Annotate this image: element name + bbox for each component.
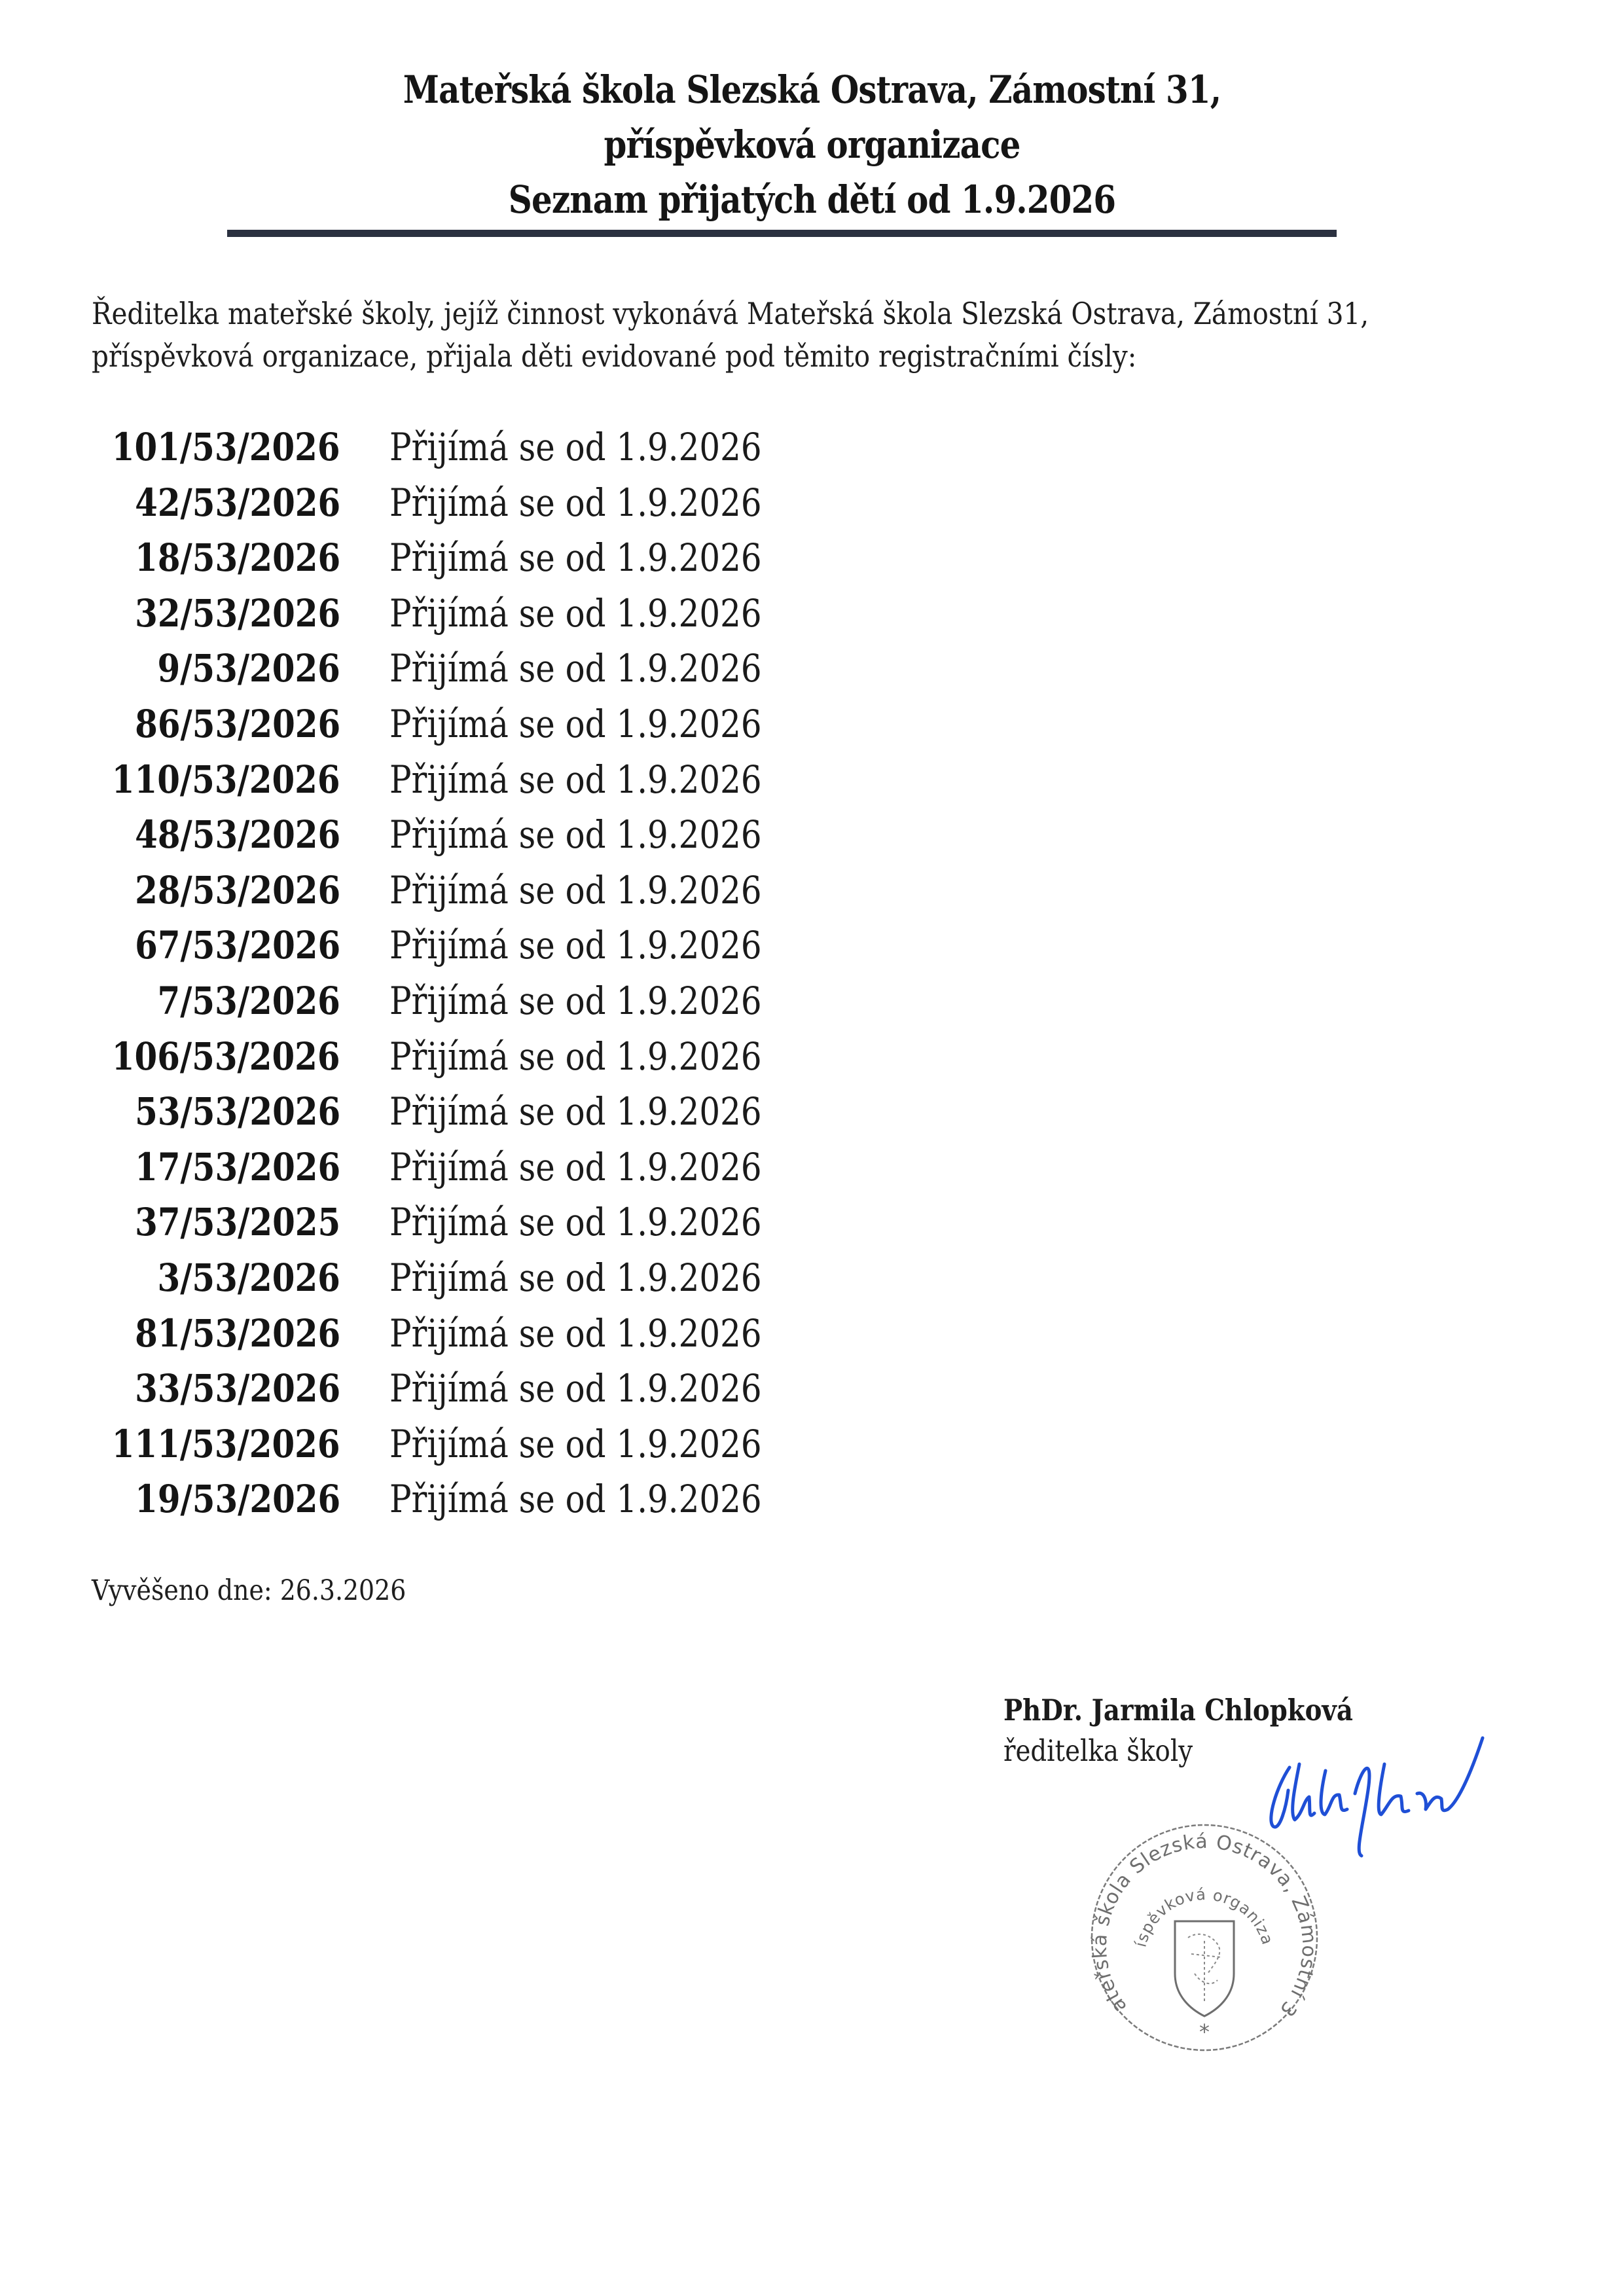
admission-status: Přijímá se od 1.9.2026 bbox=[389, 641, 762, 696]
admission-status: Přijímá se od 1.9.2026 bbox=[389, 1472, 762, 1527]
coat-of-arms-icon bbox=[1175, 1921, 1234, 2016]
admission-row: 106/53/2026Přijímá se od 1.9.2026 bbox=[0, 1029, 851, 1084]
admission-status: Přijímá se od 1.9.2026 bbox=[389, 752, 762, 807]
registration-number-text: 110/53/2026 bbox=[112, 752, 340, 807]
registration-number-text: 18/53/2026 bbox=[135, 530, 340, 585]
registration-number: 86/53/2026 bbox=[0, 696, 340, 751]
registration-number-text: 9/53/2026 bbox=[158, 641, 340, 696]
admission-status: Přijímá se od 1.9.2026 bbox=[389, 863, 762, 918]
intro-line: Ředitelka mateřské školy, jejíž činnost … bbox=[92, 293, 1330, 335]
admission-row: 101/53/2026Přijímá se od 1.9.2026 bbox=[0, 420, 851, 475]
admission-row: 81/53/2026Přijímá se od 1.9.2026 bbox=[0, 1306, 851, 1361]
header-divider bbox=[227, 230, 1337, 237]
registration-number: 48/53/2026 bbox=[0, 807, 340, 862]
registration-number-text: 81/53/2026 bbox=[135, 1306, 340, 1361]
admission-status: Přijímá se od 1.9.2026 bbox=[389, 1195, 762, 1250]
admission-row: 86/53/2026Přijímá se od 1.9.2026 bbox=[0, 696, 851, 751]
admission-row: 67/53/2026Přijímá se od 1.9.2026 bbox=[0, 918, 851, 973]
registration-number: 42/53/2026 bbox=[0, 475, 340, 530]
admission-row: 17/53/2026Přijímá se od 1.9.2026 bbox=[0, 1140, 851, 1195]
registration-number: 67/53/2026 bbox=[0, 918, 340, 973]
stamp-outer-text: Mateřská škola Slezská Ostrava, Zámostní… bbox=[1083, 1816, 1321, 2021]
admission-status: Přijímá se od 1.9.2026 bbox=[389, 1084, 762, 1139]
admission-status: Přijímá se od 1.9.2026 bbox=[389, 918, 762, 973]
registration-number-text: 7/53/2026 bbox=[158, 973, 340, 1028]
registration-number-text: 32/53/2026 bbox=[135, 586, 340, 641]
admission-row: 111/53/2026Přijímá se od 1.9.2026 bbox=[0, 1417, 851, 1472]
admission-status: Přijímá se od 1.9.2026 bbox=[389, 1306, 762, 1361]
admission-status: Přijímá se od 1.9.2026 bbox=[389, 1140, 762, 1195]
registration-number: 18/53/2026 bbox=[0, 530, 340, 585]
admission-status: Přijímá se od 1.9.2026 bbox=[389, 807, 762, 862]
registration-number-text: 19/53/2026 bbox=[135, 1472, 340, 1527]
registration-number: 19/53/2026 bbox=[0, 1472, 340, 1527]
intro-paragraph: Ředitelka mateřské školy, jejíž činnost … bbox=[92, 293, 1330, 378]
signatory-name: PhDr. Jarmila Chlopková bbox=[1003, 1691, 1353, 1730]
document-header: Mateřská škola Slezská Ostrava, Zámostní… bbox=[0, 62, 1624, 227]
registration-number: 111/53/2026 bbox=[0, 1417, 340, 1472]
admission-status: Přijímá se od 1.9.2026 bbox=[389, 475, 762, 530]
admission-status: Přijímá se od 1.9.2026 bbox=[389, 973, 762, 1028]
registration-number: 3/53/2026 bbox=[0, 1250, 340, 1305]
registration-number: 17/53/2026 bbox=[0, 1140, 340, 1195]
admission-status: Přijímá se od 1.9.2026 bbox=[389, 420, 762, 475]
registration-number: 106/53/2026 bbox=[0, 1029, 340, 1084]
registration-number-text: 28/53/2026 bbox=[135, 863, 340, 918]
svg-text:Mateřská škola Slezská Ostrava: Mateřská škola Slezská Ostrava, Zámostní… bbox=[1083, 1816, 1321, 2021]
registration-number-text: 33/53/2026 bbox=[135, 1361, 340, 1416]
admission-status: Přijímá se od 1.9.2026 bbox=[389, 1417, 762, 1472]
school-name-title: Mateřská škola Slezská Ostrava, Zámostní… bbox=[114, 62, 1511, 117]
registration-number: 110/53/2026 bbox=[0, 752, 340, 807]
admission-row: 3/53/2026Přijímá se od 1.9.2026 bbox=[0, 1250, 851, 1305]
posted-date: Vyvěšeno dne: 26.3.2026 bbox=[92, 1571, 406, 1610]
admission-status: Přijímá se od 1.9.2026 bbox=[389, 1250, 762, 1305]
registration-number: 7/53/2026 bbox=[0, 973, 340, 1028]
registration-number: 28/53/2026 bbox=[0, 863, 340, 918]
admission-row: 19/53/2026Přijímá se od 1.9.2026 bbox=[0, 1472, 851, 1527]
registration-number-text: 86/53/2026 bbox=[135, 696, 340, 751]
stamp-star-icon: * bbox=[1199, 2019, 1210, 2044]
registration-number-text: 67/53/2026 bbox=[135, 918, 340, 973]
admission-status: Přijímá se od 1.9.2026 bbox=[389, 1029, 762, 1084]
registration-number-text: 42/53/2026 bbox=[135, 475, 340, 530]
official-stamp: Mateřská škola Slezská Ostrava, Zámostní… bbox=[1083, 1816, 1326, 2059]
registration-number-text: 17/53/2026 bbox=[135, 1140, 340, 1195]
admission-row: 42/53/2026Přijímá se od 1.9.2026 bbox=[0, 475, 851, 530]
registration-number-text: 111/53/2026 bbox=[112, 1417, 340, 1472]
admission-row: 37/53/2025Přijímá se od 1.9.2026 bbox=[0, 1195, 851, 1250]
admission-status: Přijímá se od 1.9.2026 bbox=[389, 586, 762, 641]
registration-number-text: 106/53/2026 bbox=[112, 1029, 340, 1084]
registration-number-text: 101/53/2026 bbox=[112, 420, 340, 475]
registration-number: 9/53/2026 bbox=[0, 641, 340, 696]
registration-number: 53/53/2026 bbox=[0, 1084, 340, 1139]
registration-number: 37/53/2025 bbox=[0, 1195, 340, 1250]
list-title: Seznam přijatých dětí od 1.9.2026 bbox=[114, 172, 1511, 227]
admission-status: Přijímá se od 1.9.2026 bbox=[389, 530, 762, 585]
registration-number: 101/53/2026 bbox=[0, 420, 340, 475]
admission-status: Přijímá se od 1.9.2026 bbox=[389, 696, 762, 751]
admission-status: Přijímá se od 1.9.2026 bbox=[389, 1361, 762, 1416]
registration-number-text: 48/53/2026 bbox=[135, 807, 340, 862]
admission-row: 33/53/2026Přijímá se od 1.9.2026 bbox=[0, 1361, 851, 1416]
registration-number-text: 53/53/2026 bbox=[135, 1084, 340, 1139]
registration-number: 33/53/2026 bbox=[0, 1361, 340, 1416]
admission-row: 18/53/2026Přijímá se od 1.9.2026 bbox=[0, 530, 851, 585]
admission-row: 9/53/2026Přijímá se od 1.9.2026 bbox=[0, 641, 851, 696]
organization-type-title: příspěvková organizace bbox=[114, 117, 1511, 172]
intro-line: příspěvková organizace, přijala děti evi… bbox=[92, 335, 1330, 378]
admission-row: 110/53/2026Přijímá se od 1.9.2026 bbox=[0, 752, 851, 807]
admission-row: 28/53/2026Přijímá se od 1.9.2026 bbox=[0, 863, 851, 918]
admission-row: 7/53/2026Přijímá se od 1.9.2026 bbox=[0, 973, 851, 1028]
registration-number-text: 37/53/2025 bbox=[135, 1195, 340, 1250]
registration-number-text: 3/53/2026 bbox=[158, 1250, 340, 1305]
admission-row: 53/53/2026Přijímá se od 1.9.2026 bbox=[0, 1084, 851, 1139]
registration-number: 81/53/2026 bbox=[0, 1306, 340, 1361]
admission-row: 48/53/2026Přijímá se od 1.9.2026 bbox=[0, 807, 851, 862]
registration-number: 32/53/2026 bbox=[0, 586, 340, 641]
admission-row: 32/53/2026Přijímá se od 1.9.2026 bbox=[0, 586, 851, 641]
signatory-role: ředitelka školy bbox=[1003, 1731, 1193, 1771]
